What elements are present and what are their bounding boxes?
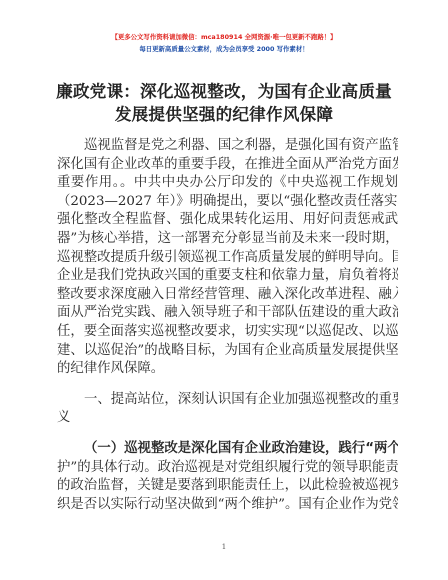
subheading-bold: （一）巡视整改是深化国有企业政治建设 (84, 441, 325, 456)
text-line: 织是否以实际行动坚决做到“两个维护”。国有企业作为党领 (57, 496, 398, 515)
subsection-1: （一）巡视整改是深化国有企业政治建设，践行“两个维 护”的具体行动。政治巡视是对… (57, 440, 398, 514)
text-line: 巡视整改提质升级引领巡视工作高质量发展的鲜明导向。国有 (57, 249, 398, 268)
text-line: 面从严治党实践、融入领导班子和干部队伍建设的重大政治责 (57, 304, 398, 323)
section-heading-1: 一、提高站位，深刻认识国有企业加强巡视整改的重要意 义 (57, 391, 398, 428)
text-line: （2023—2027 年）》明确提出，要以“强化整改责任落实、 (57, 193, 398, 212)
document-title: 廉政党课：深化巡视整改，为国有企业高质量 发展提供坚强的纪律作风保障 (40, 80, 408, 126)
text-line: 深化国有企业改革的重要手段，在推进全面从严治党方面发挥 (57, 156, 398, 175)
document-body: 巡视监督是党之利器、国之利器，是强化国有资产监管、 深化国有企业改革的重要手段，… (57, 137, 398, 514)
text-line: 的纪律作风保障。 (57, 360, 398, 379)
promo-line-red: 【更多公文写作资料请加微信：mca180914 全网资源·唯一包更新不跑路！】 (0, 31, 448, 43)
heading-line: 义 (57, 409, 398, 428)
text-line: 护”的具体行动。政治巡视是对党组织履行党的领导职能责任 (57, 459, 398, 478)
text-line: 企业是我们党执政兴国的重要支柱和依靠力量，肩负着将巡视 (57, 267, 398, 286)
text-line: 建、以巡促治”的战略目标，为国有企业高质量发展提供坚强 (57, 342, 398, 361)
text-line: 器”为核心举措，这一部署充分彰显当前及未来一段时期，以 (57, 230, 398, 249)
text-line: 强化整改全程监督、强化成果转化运用、用好问责惩戒武 (57, 211, 398, 230)
text-line: 巡视监督是党之利器、国之利器，是强化国有资产监管、 (57, 137, 398, 156)
subheading-rest: ，践行“两个维 (325, 441, 398, 456)
text-line: 的政治监督，关键是要落到职能责任上，以此检验被巡视党组 (57, 477, 398, 496)
title-line-2: 发展提供坚强的纪律作风保障 (40, 103, 408, 126)
text-line: 任，要全面落实巡视整改要求，切实实现“以巡促改、以巡促 (57, 323, 398, 342)
title-line-1: 廉政党课：深化巡视整改，为国有企业高质量 (40, 80, 408, 103)
text-line: 重要作用。。中共中央办公厅印发的《中央巡视工作规划 (57, 174, 398, 193)
page-number: 1 (0, 543, 448, 551)
promo-banner: 【更多公文写作资料请加微信：mca180914 全网资源·唯一包更新不跑路！】 … (0, 31, 448, 55)
promo-line-blue: 每日更新高质量公文素材，成为会员享受 2000 写作素材！ (0, 43, 448, 55)
subheading-line: （一）巡视整改是深化国有企业政治建设，践行“两个维 (57, 440, 398, 459)
heading-line: 一、提高站位，深刻认识国有企业加强巡视整改的重要意 (57, 391, 398, 410)
paragraph-intro: 巡视监督是党之利器、国之利器，是强化国有资产监管、 深化国有企业改革的重要手段，… (57, 137, 398, 379)
text-line: 整改要求深度融入日常经营管理、融入深化改革进程、融入全 (57, 286, 398, 305)
